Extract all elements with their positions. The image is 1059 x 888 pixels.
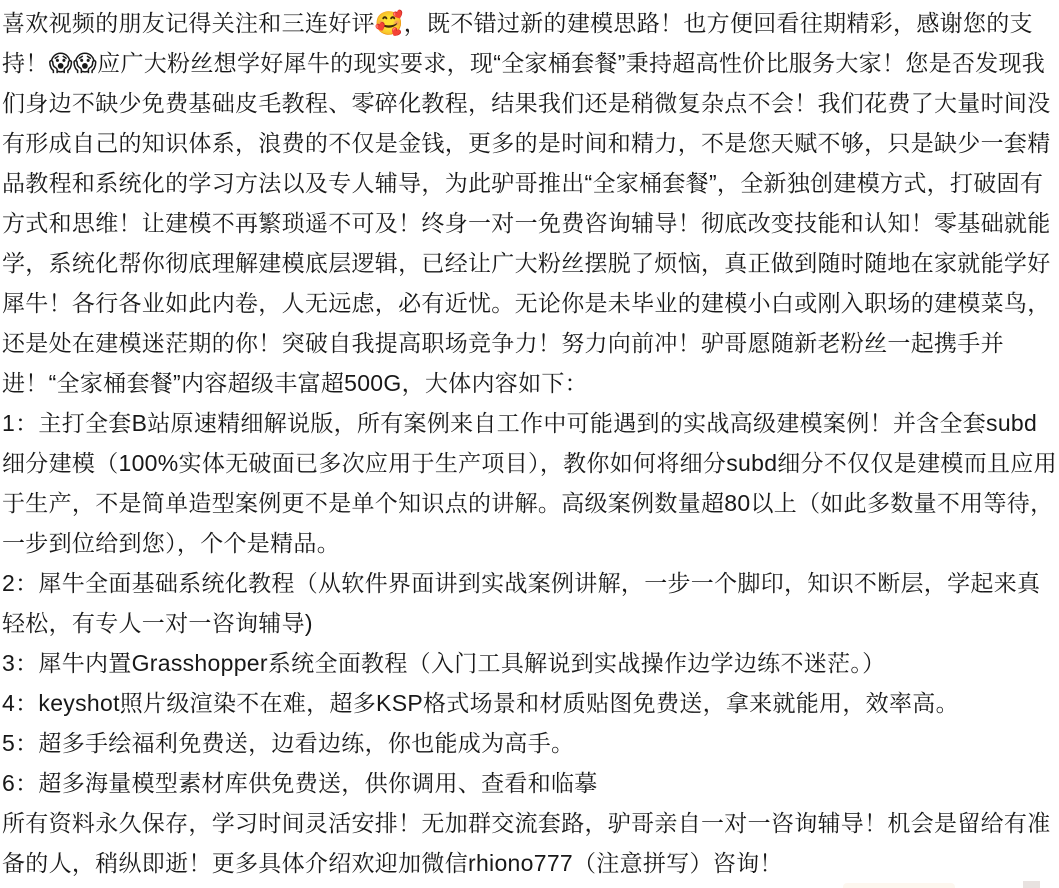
description-item-5: 5：超多手绘福利免费送，边看边练，你也能成为高手。 xyxy=(2,723,1058,763)
below-fold-content-edge xyxy=(843,883,955,888)
description-item-4: 4：keyshot照片级渲染不在难，超多KSP格式场景和材质贴图免费送，拿来就能… xyxy=(2,683,1058,723)
description-item-2: 2：犀牛全面基础系统化教程（从软件界面讲到实战案例讲解，一步一个脚印，知识不断层… xyxy=(2,563,1058,643)
description-item-3: 3：犀牛内置Grasshopper系统全面教程（入门工具解说到实战操作边学边练不… xyxy=(2,643,1058,683)
below-fold-content-corner xyxy=(1023,881,1040,888)
description-intro-paragraph: 喜欢视频的朋友记得关注和三连好评🥰，既不错过新的建模思路！也方便回看往期精彩，感… xyxy=(2,3,1058,403)
description-item-1: 1：主打全套B站原速精细解说版，所有案例来自工作中可能遇到的实战高级建模案例！并… xyxy=(2,403,1058,563)
video-description: 喜欢视频的朋友记得关注和三连好评🥰，既不错过新的建模思路！也方便回看往期精彩，感… xyxy=(0,0,1059,883)
description-outro-paragraph: 所有资料永久保存，学习时间灵活安排！无加群交流套路，驴哥亲自一对一咨询辅导！机会… xyxy=(2,803,1058,883)
description-item-6: 6：超多海量模型素材库供免费送，供你调用、查看和临摹 xyxy=(2,763,1058,803)
